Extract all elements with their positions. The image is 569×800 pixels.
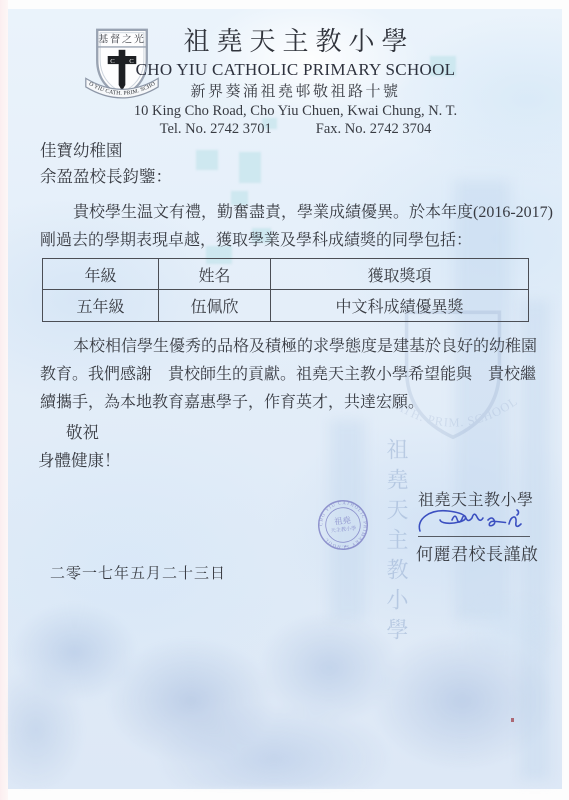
signer-name: 何麗君校長謹啟 (416, 540, 539, 565)
school-name-en: CHO YIU CATHOLIC PRIMARY SCHOOL (22, 59, 569, 81)
paragraph-1: 貴校學生温文有禮，勤奮盡責，學業成績優異。於本年度(2016-2017) 剛過去… (40, 199, 552, 255)
school-name-zh: 祖堯天主教小學 (22, 25, 569, 59)
scan-edge-left (0, 0, 8, 800)
stamp-center-top: 祖堯 (334, 515, 352, 527)
contact-line: Tel. No. 2742 3701 Fax. No. 2742 3704 (22, 120, 569, 138)
paragraph-2-line-3: 續攜手，為本地教育嘉惠學子，作育英才，共達宏願。 (40, 389, 552, 417)
letter-date: 二零一七年五月二十三日 (50, 562, 226, 583)
scan-dust-speck (511, 718, 514, 722)
cell-award: 中文科成績優異獎 (271, 290, 529, 322)
paragraph-1-line-2: 剛過去的學期表現卓越，獲取學業及學科成績獎的同學包括： (40, 227, 552, 255)
award-table-header-row: 年級 姓名 獲取獎項 (43, 259, 529, 290)
column-header-award: 獲取獎項 (271, 259, 529, 290)
paragraph-2: 本校相信學生優秀的品格及積極的求學態度是建基於良好的幼稚園 教育。我們感謝 貴校… (40, 333, 552, 417)
telephone-number: Tel. No. 2742 3701 (160, 120, 272, 138)
column-header-name: 姓名 (159, 259, 271, 290)
paragraph-2-line-2: 教育。我們感謝 貴校師生的貢獻。祖堯天主教小學希望能與 貴校繼 (40, 361, 552, 389)
letterhead: 祖堯天主教小學 CHO YIU CATHOLIC PRIMARY SCHOOL … (22, 25, 569, 138)
cell-name: 伍佩欣 (159, 290, 271, 322)
watermark-vertical-text: 祖堯天主教小學 (381, 438, 412, 648)
recipient-organization: 佳寶幼稚園 (40, 137, 123, 161)
wish-text: 身體健康！ (38, 447, 121, 471)
scanned-letter-page: CATH. PRIM. SCHOOL 祖堯天主教小學 基督之光 C C CHO … (0, 0, 569, 800)
recipient-salutation: 余盈盈校長鈞鑒： (40, 163, 172, 187)
paragraph-1-line-1: 貴校學生温文有禮，勤奮盡責，學業成績優異。於本年度(2016-2017) (40, 199, 552, 227)
award-table-row: 五年級 伍佩欣 中文科成績優異獎 (43, 290, 529, 322)
watermark-foliage-photo (8, 594, 562, 788)
watermark-window-square (196, 150, 218, 170)
column-header-grade: 年級 (43, 259, 159, 290)
award-table: 年級 姓名 獲取獎項 五年級 伍佩欣 中文科成績優異獎 (42, 258, 529, 322)
cell-grade: 五年級 (43, 290, 159, 322)
school-address-zh: 新界葵涌祖堯邨敬祖路十號 (22, 82, 569, 102)
paragraph-2-line-1: 本校相信學生優秀的品格及積極的求學態度是建基於良好的幼稚園 (40, 333, 552, 361)
wish-lead: 敬祝 (66, 419, 99, 443)
school-stamp-seal: CHO YIU CATHOLIC PRIMARY SCHOOL 祖堯 天主教小學… (312, 493, 374, 557)
watermark-window-square (239, 152, 261, 183)
signature-line (418, 536, 530, 537)
school-address-en: 10 King Cho Road, Cho Yiu Chuen, Kwai Ch… (22, 102, 569, 120)
fax-number: Fax. No. 2742 3704 (316, 120, 432, 138)
